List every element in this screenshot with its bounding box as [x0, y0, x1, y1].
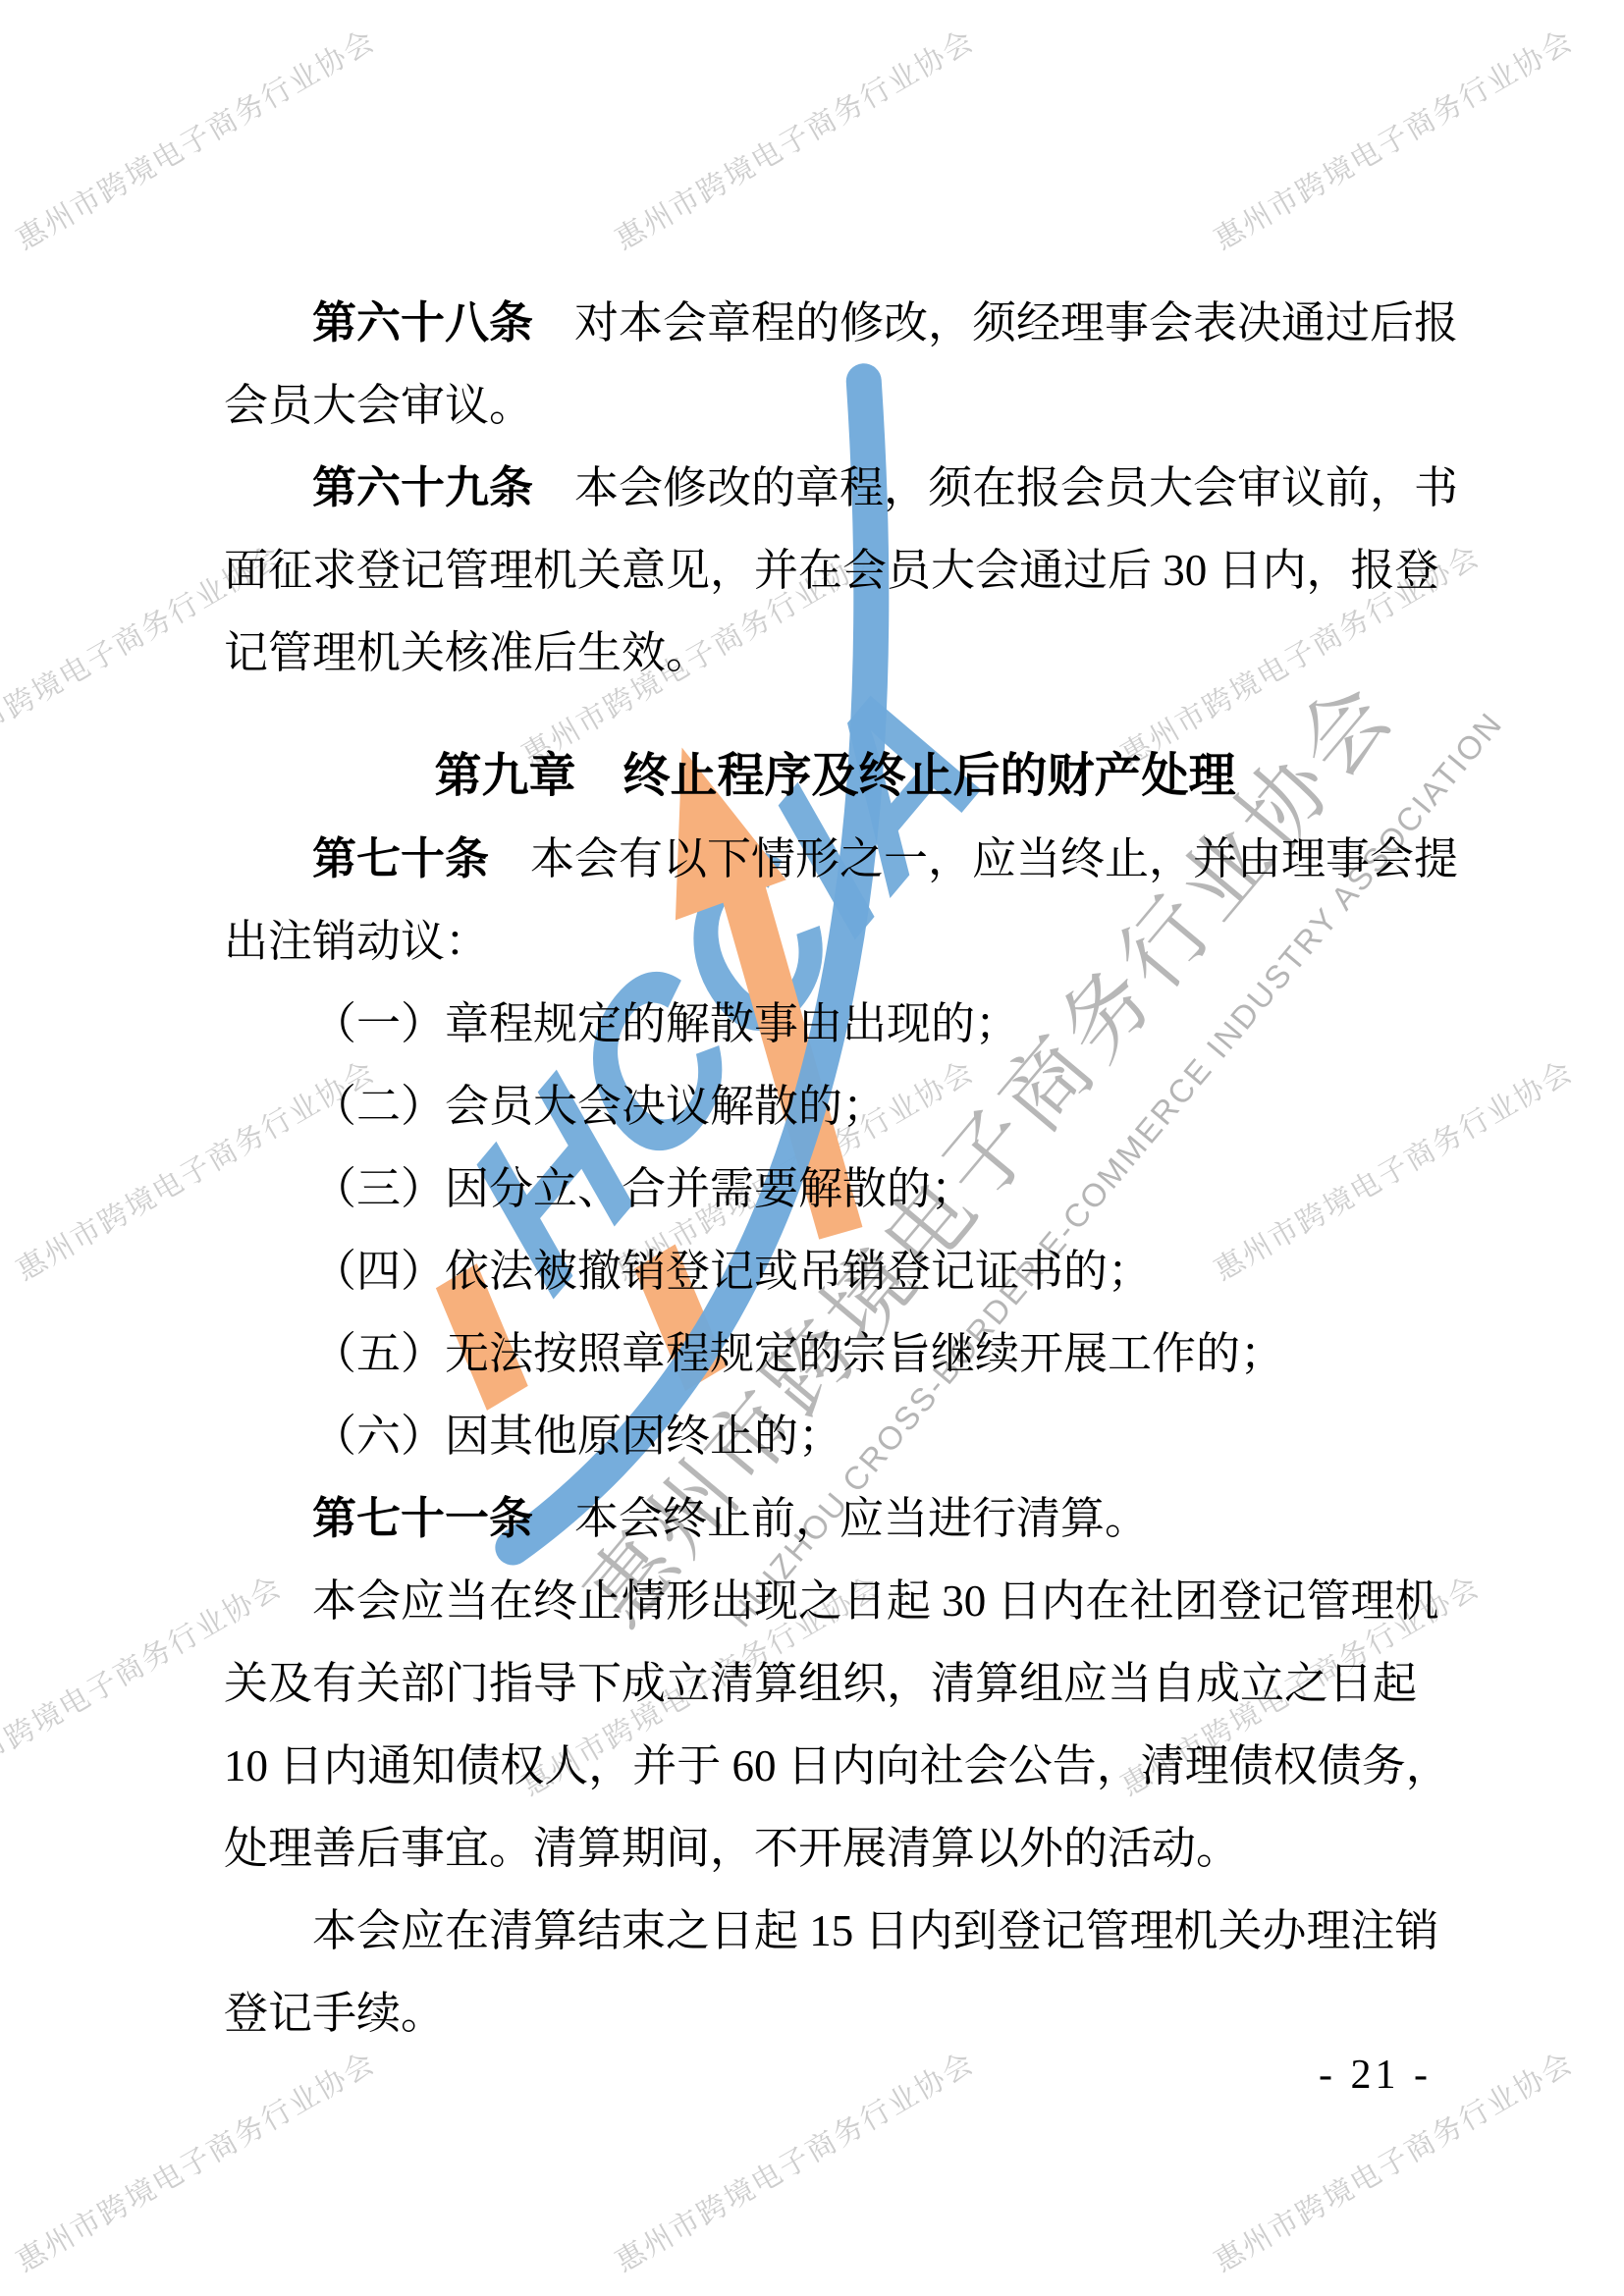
text-line: 第七十条本会有以下情形之一，应当终止，并由理事会提 [224, 818, 1446, 900]
diagonal-watermark-text: 惠州市跨境电子商务行业协会 [606, 2039, 981, 2280]
page-number: - 21 - [1319, 2052, 1432, 2099]
chapter-heading: 第九章终止程序及终止后的财产处理 [224, 735, 1446, 818]
line-text: 登记手续。 [224, 1989, 445, 2038]
document-page: 惠州市跨境电子商务行业协会惠州市跨境电子商务行业协会惠州市跨境电子商务行业协会惠… [0, 0, 1624, 2296]
line-text: 本会终止前，应当进行清算。 [574, 1494, 1149, 1543]
article-number-label: 第七十条 [312, 833, 489, 883]
line-text: （四）依法被撤销登记或吊销登记证书的； [312, 1247, 1152, 1296]
text-line: 第七十一条本会终止前，应当进行清算。 [224, 1477, 1446, 1560]
line-text: 本会应在清算结束之日起 15 日内到登记管理机关办理注销 [312, 1906, 1439, 1955]
text-line: 处理善后事宜。清算期间，不开展清算以外的活动。 [224, 1807, 1446, 1890]
diagonal-watermark-text: 惠州市跨境电子商务行业协会 [606, 17, 981, 258]
article-number-label: 第六十八条 [312, 297, 533, 347]
article-number-label: 第七十一条 [312, 1493, 533, 1543]
line-text: （六）因其他原因终止的； [312, 1412, 842, 1461]
line-text: 出注销动议： [224, 917, 489, 966]
line-text: （一）章程规定的解散事由出现的； [312, 999, 1019, 1048]
article-number-label: 第六十九条 [312, 462, 533, 512]
text-line: 本会应当在终止情形出现之日起 30 日内在社团登记管理机 [224, 1560, 1446, 1642]
text-line: 会员大会审议。 [224, 364, 1446, 447]
text-line: （一）章程规定的解散事由出现的； [224, 983, 1446, 1065]
line-text: （二）会员大会决议解散的； [312, 1082, 887, 1131]
line-text: 面征求登记管理机关意见，并在会员大会通过后 30 日内，报登 [224, 546, 1439, 595]
text-line: 第六十九条本会修改的章程，须在报会员大会审议前，书 [224, 447, 1446, 529]
diagonal-watermark-text: 惠州市跨境电子商务行业协会 [1205, 17, 1580, 258]
text-line: （四）依法被撤销登记或吊销登记证书的； [224, 1230, 1446, 1312]
article-number-label: 第九章 [434, 750, 575, 802]
text-line: （六）因其他原因终止的； [224, 1395, 1446, 1477]
line-text: （五）无法按照章程规定的宗旨继续开展工作的； [312, 1329, 1284, 1378]
line-text: （三）因分立、合并需要解散的； [312, 1164, 975, 1213]
line-text: 本会修改的章程，须在报会员大会审议前，书 [574, 463, 1458, 512]
line-text: 记管理机关核准后生效。 [224, 628, 710, 677]
line-text: 处理善后事宜。清算期间，不开展清算以外的活动。 [224, 1824, 1240, 1873]
diagonal-watermark-text: 惠州市跨境电子商务行业协会 [7, 2039, 382, 2280]
text-line: （五）无法按照章程规定的宗旨继续开展工作的； [224, 1312, 1446, 1395]
line-text: 本会有以下情形之一，应当终止，并由理事会提 [530, 834, 1458, 883]
document-body: 第六十八条对本会章程的修改，须经理事会表决通过后报会员大会审议。第六十九条本会修… [224, 282, 1446, 2055]
line-text: 终止程序及终止后的财产处理 [623, 750, 1236, 802]
text-line: 第六十八条对本会章程的修改，须经理事会表决通过后报 [224, 282, 1446, 364]
line-text: 对本会章程的修改，须经理事会表决通过后报 [574, 298, 1458, 347]
text-line: （二）会员大会决议解散的； [224, 1065, 1446, 1148]
line-text: 关及有关部门指导下成立清算组织，清算组应当自成立之日起 [224, 1659, 1417, 1708]
diagonal-watermark-text: 惠州市跨境电子商务行业协会 [7, 17, 382, 258]
line-text: 本会应当在终止情形出现之日起 30 日内在社团登记管理机 [312, 1576, 1439, 1626]
text-line: 记管理机关核准后生效。 [224, 612, 1446, 694]
text-line: 登记手续。 [224, 1972, 1446, 2055]
text-line: 出注销动议： [224, 900, 1446, 983]
line-text: 会员大会审议。 [224, 381, 533, 430]
text-line: 本会应在清算结束之日起 15 日内到登记管理机关办理注销 [224, 1890, 1446, 1972]
line-text: 10 日内通知债权人，并于 60 日内向社会公告，清理债权债务， [224, 1741, 1450, 1790]
text-line: （三）因分立、合并需要解散的； [224, 1148, 1446, 1230]
text-line: 关及有关部门指导下成立清算组织，清算组应当自成立之日起 [224, 1642, 1446, 1725]
text-line: 10 日内通知债权人，并于 60 日内向社会公告，清理债权债务， [224, 1725, 1446, 1807]
text-line: 面征求登记管理机关意见，并在会员大会通过后 30 日内，报登 [224, 529, 1446, 612]
